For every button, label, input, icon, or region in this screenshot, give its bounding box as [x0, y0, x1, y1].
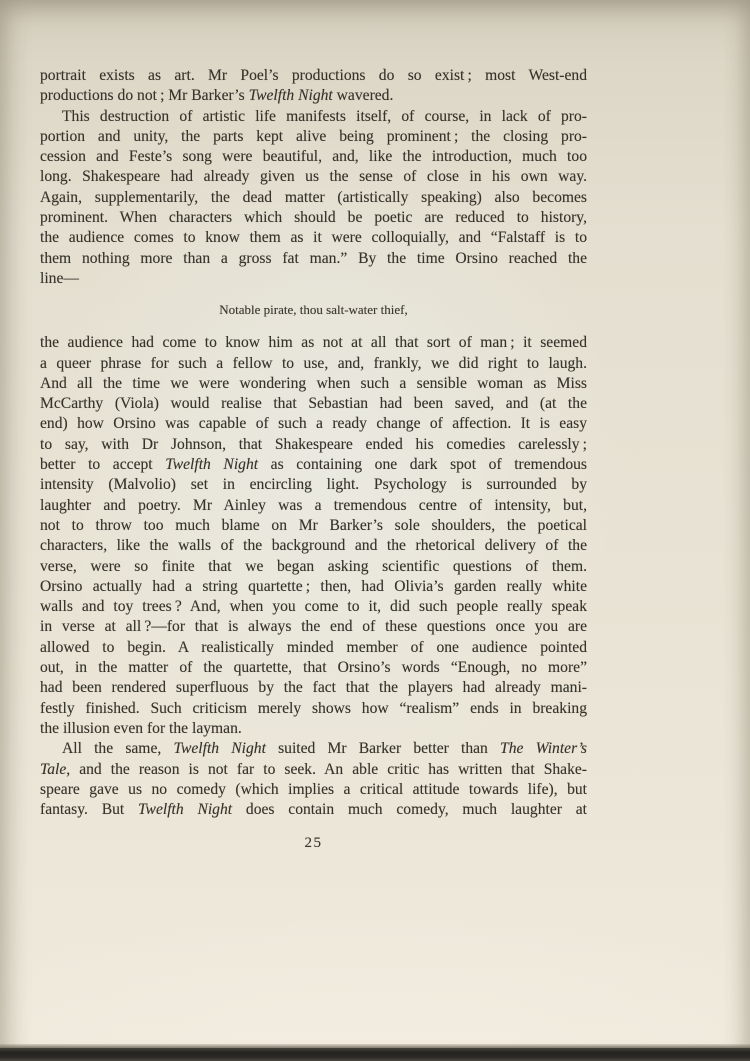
text-segment: not to throw too much blame on Mr Barker…	[40, 517, 587, 534]
text-segment: And all the time we were wondering when …	[40, 375, 587, 392]
text-line: walls and toy trees ? And, when you come…	[40, 597, 587, 617]
text-segment: them nothing more than a gross fat man.”…	[40, 250, 587, 267]
text-line: in verse at all ?—for that is always the…	[40, 617, 587, 637]
text-segment: walls and toy trees ? And, when you come…	[40, 598, 587, 615]
text-line: long. Shakespeare had already given us t…	[40, 167, 587, 187]
page-number: 25	[40, 835, 587, 852]
text-segment: This destruction of artistic life manife…	[62, 108, 587, 125]
text-block: portrait exists as art. Mr Poel’s produc…	[40, 66, 587, 820]
text-segment: laughter and poetry. Mr Ainley was a tre…	[40, 497, 587, 514]
text-line: speare gave us no comedy (which implies …	[40, 780, 587, 800]
text-line: laughter and poetry. Mr Ainley was a tre…	[40, 496, 587, 516]
book-page-scan: portrait exists as art. Mr Poel’s produc…	[0, 0, 750, 1061]
text-line: And all the time we were wondering when …	[40, 374, 587, 394]
paragraph: the audience had come to know him as not…	[40, 333, 587, 739]
paragraph: This destruction of artistic life manife…	[40, 107, 587, 290]
italic-text-segment: Twelfth Night	[249, 87, 333, 104]
text-line: prominent. When characters which should …	[40, 208, 587, 228]
text-segment: to say, with Dr Johnson, that Shakespear…	[40, 436, 587, 453]
text-line: end) how Orsino was capable of such a re…	[40, 414, 587, 434]
text-line: Again, supplementarily, the dead matter …	[40, 188, 587, 208]
text-segment: portrait exists as art. Mr Poel’s produc…	[40, 67, 587, 84]
verse-quote: Notable pirate, thou salt-water thief,	[40, 301, 587, 319]
text-line: Tale, and the reason is not far to seek.…	[40, 760, 587, 780]
text-segment: Again, supplementarily, the dead matter …	[40, 189, 587, 206]
text-line: All the same, Twelfth Night suited Mr Ba…	[40, 739, 587, 759]
text-segment: cession and Feste’s song were beautiful,…	[40, 148, 587, 165]
text-line: the audience comes to know them as it we…	[40, 228, 587, 248]
text-line: This destruction of artistic life manife…	[40, 107, 587, 127]
text-line: them nothing more than a gross fat man.”…	[40, 249, 587, 269]
text-segment: festly finished. Such criticism merely s…	[40, 700, 587, 717]
text-segment: characters, like the walls of the backgr…	[40, 537, 587, 554]
text-segment: better to accept	[40, 456, 165, 473]
text-segment: the audience had come to know him as not…	[40, 334, 587, 351]
text-segment: as containing one dark spot of tremendou…	[258, 456, 587, 473]
text-line: not to throw too much blame on Mr Barker…	[40, 516, 587, 536]
text-segment: productions do not ; Mr Barker’s	[40, 87, 249, 104]
text-segment: speare gave us no comedy (which implies …	[40, 781, 587, 798]
text-line: line—	[40, 269, 587, 289]
text-segment: end) how Orsino was capable of such a re…	[40, 415, 587, 432]
text-segment: wavered.	[333, 87, 394, 104]
scan-dark-edge	[0, 1048, 750, 1061]
text-line: portrait exists as art. Mr Poel’s produc…	[40, 66, 587, 86]
text-segment: fantasy. But	[40, 801, 138, 818]
paragraph: All the same, Twelfth Night suited Mr Ba…	[40, 739, 587, 820]
text-segment: McCarthy (Viola) would realise that Seba…	[40, 395, 587, 412]
text-segment: long. Shakespeare had already given us t…	[40, 168, 587, 185]
text-segment: does contain much comedy, much laughter …	[232, 801, 587, 818]
italic-text-segment: Twelfth Night	[165, 456, 258, 473]
text-line: out, in the matter of the quartette, tha…	[40, 658, 587, 678]
text-line: better to accept Twelfth Night as contai…	[40, 455, 587, 475]
italic-text-segment: Tale	[40, 761, 66, 778]
text-segment: the audience comes to know them as it we…	[40, 229, 587, 246]
text-segment: suited Mr Barker better than	[266, 740, 500, 757]
italic-text-segment: The Winter’s	[500, 740, 587, 757]
text-segment: a queer phrase for such a fellow to use,…	[40, 355, 587, 372]
text-segment: , and the reason is not far to seek. An …	[66, 761, 587, 778]
italic-text-segment: Twelfth Night	[138, 801, 232, 818]
text-line: the audience had come to know him as not…	[40, 333, 587, 353]
text-line: portion and unity, the parts kept alive …	[40, 127, 587, 147]
text-segment: Orsino actually had a string quartette ;…	[40, 578, 587, 595]
text-segment: intensity (Malvolio) set in encircling l…	[40, 476, 587, 493]
text-segment: in verse at all ?—for that is always the…	[40, 618, 587, 635]
text-segment: out, in the matter of the quartette, tha…	[40, 659, 587, 676]
text-line: a queer phrase for such a fellow to use,…	[40, 354, 587, 374]
text-segment: All the same,	[62, 740, 173, 757]
text-segment: had been rendered superfluous by the fac…	[40, 679, 587, 696]
text-line: festly finished. Such criticism merely s…	[40, 699, 587, 719]
text-segment: verse, were so finite that we began aski…	[40, 558, 587, 575]
text-segment: prominent. When characters which should …	[40, 209, 587, 226]
text-line: to say, with Dr Johnson, that Shakespear…	[40, 435, 587, 455]
italic-text-segment: Twelfth Night	[173, 740, 265, 757]
text-line: the illusion even for the layman.	[40, 719, 587, 739]
text-line: productions do not ; Mr Barker’s Twelfth…	[40, 86, 587, 106]
text-segment: line—	[40, 270, 79, 287]
text-line: intensity (Malvolio) set in encircling l…	[40, 475, 587, 495]
text-line: had been rendered superfluous by the fac…	[40, 678, 587, 698]
text-segment: portion and unity, the parts kept alive …	[40, 128, 587, 145]
text-segment: the illusion even for the layman.	[40, 720, 242, 737]
text-line: characters, like the walls of the backgr…	[40, 536, 587, 556]
paragraph: portrait exists as art. Mr Poel’s produc…	[40, 66, 587, 107]
text-segment: allowed to begin. A realistically minded…	[40, 639, 587, 656]
text-line: Orsino actually had a string quartette ;…	[40, 577, 587, 597]
text-line: verse, were so finite that we began aski…	[40, 557, 587, 577]
text-line: McCarthy (Viola) would realise that Seba…	[40, 394, 587, 414]
text-line: fantasy. But Twelfth Night does contain …	[40, 800, 587, 820]
text-line: allowed to begin. A realistically minded…	[40, 638, 587, 658]
text-line: cession and Feste’s song were beautiful,…	[40, 147, 587, 167]
